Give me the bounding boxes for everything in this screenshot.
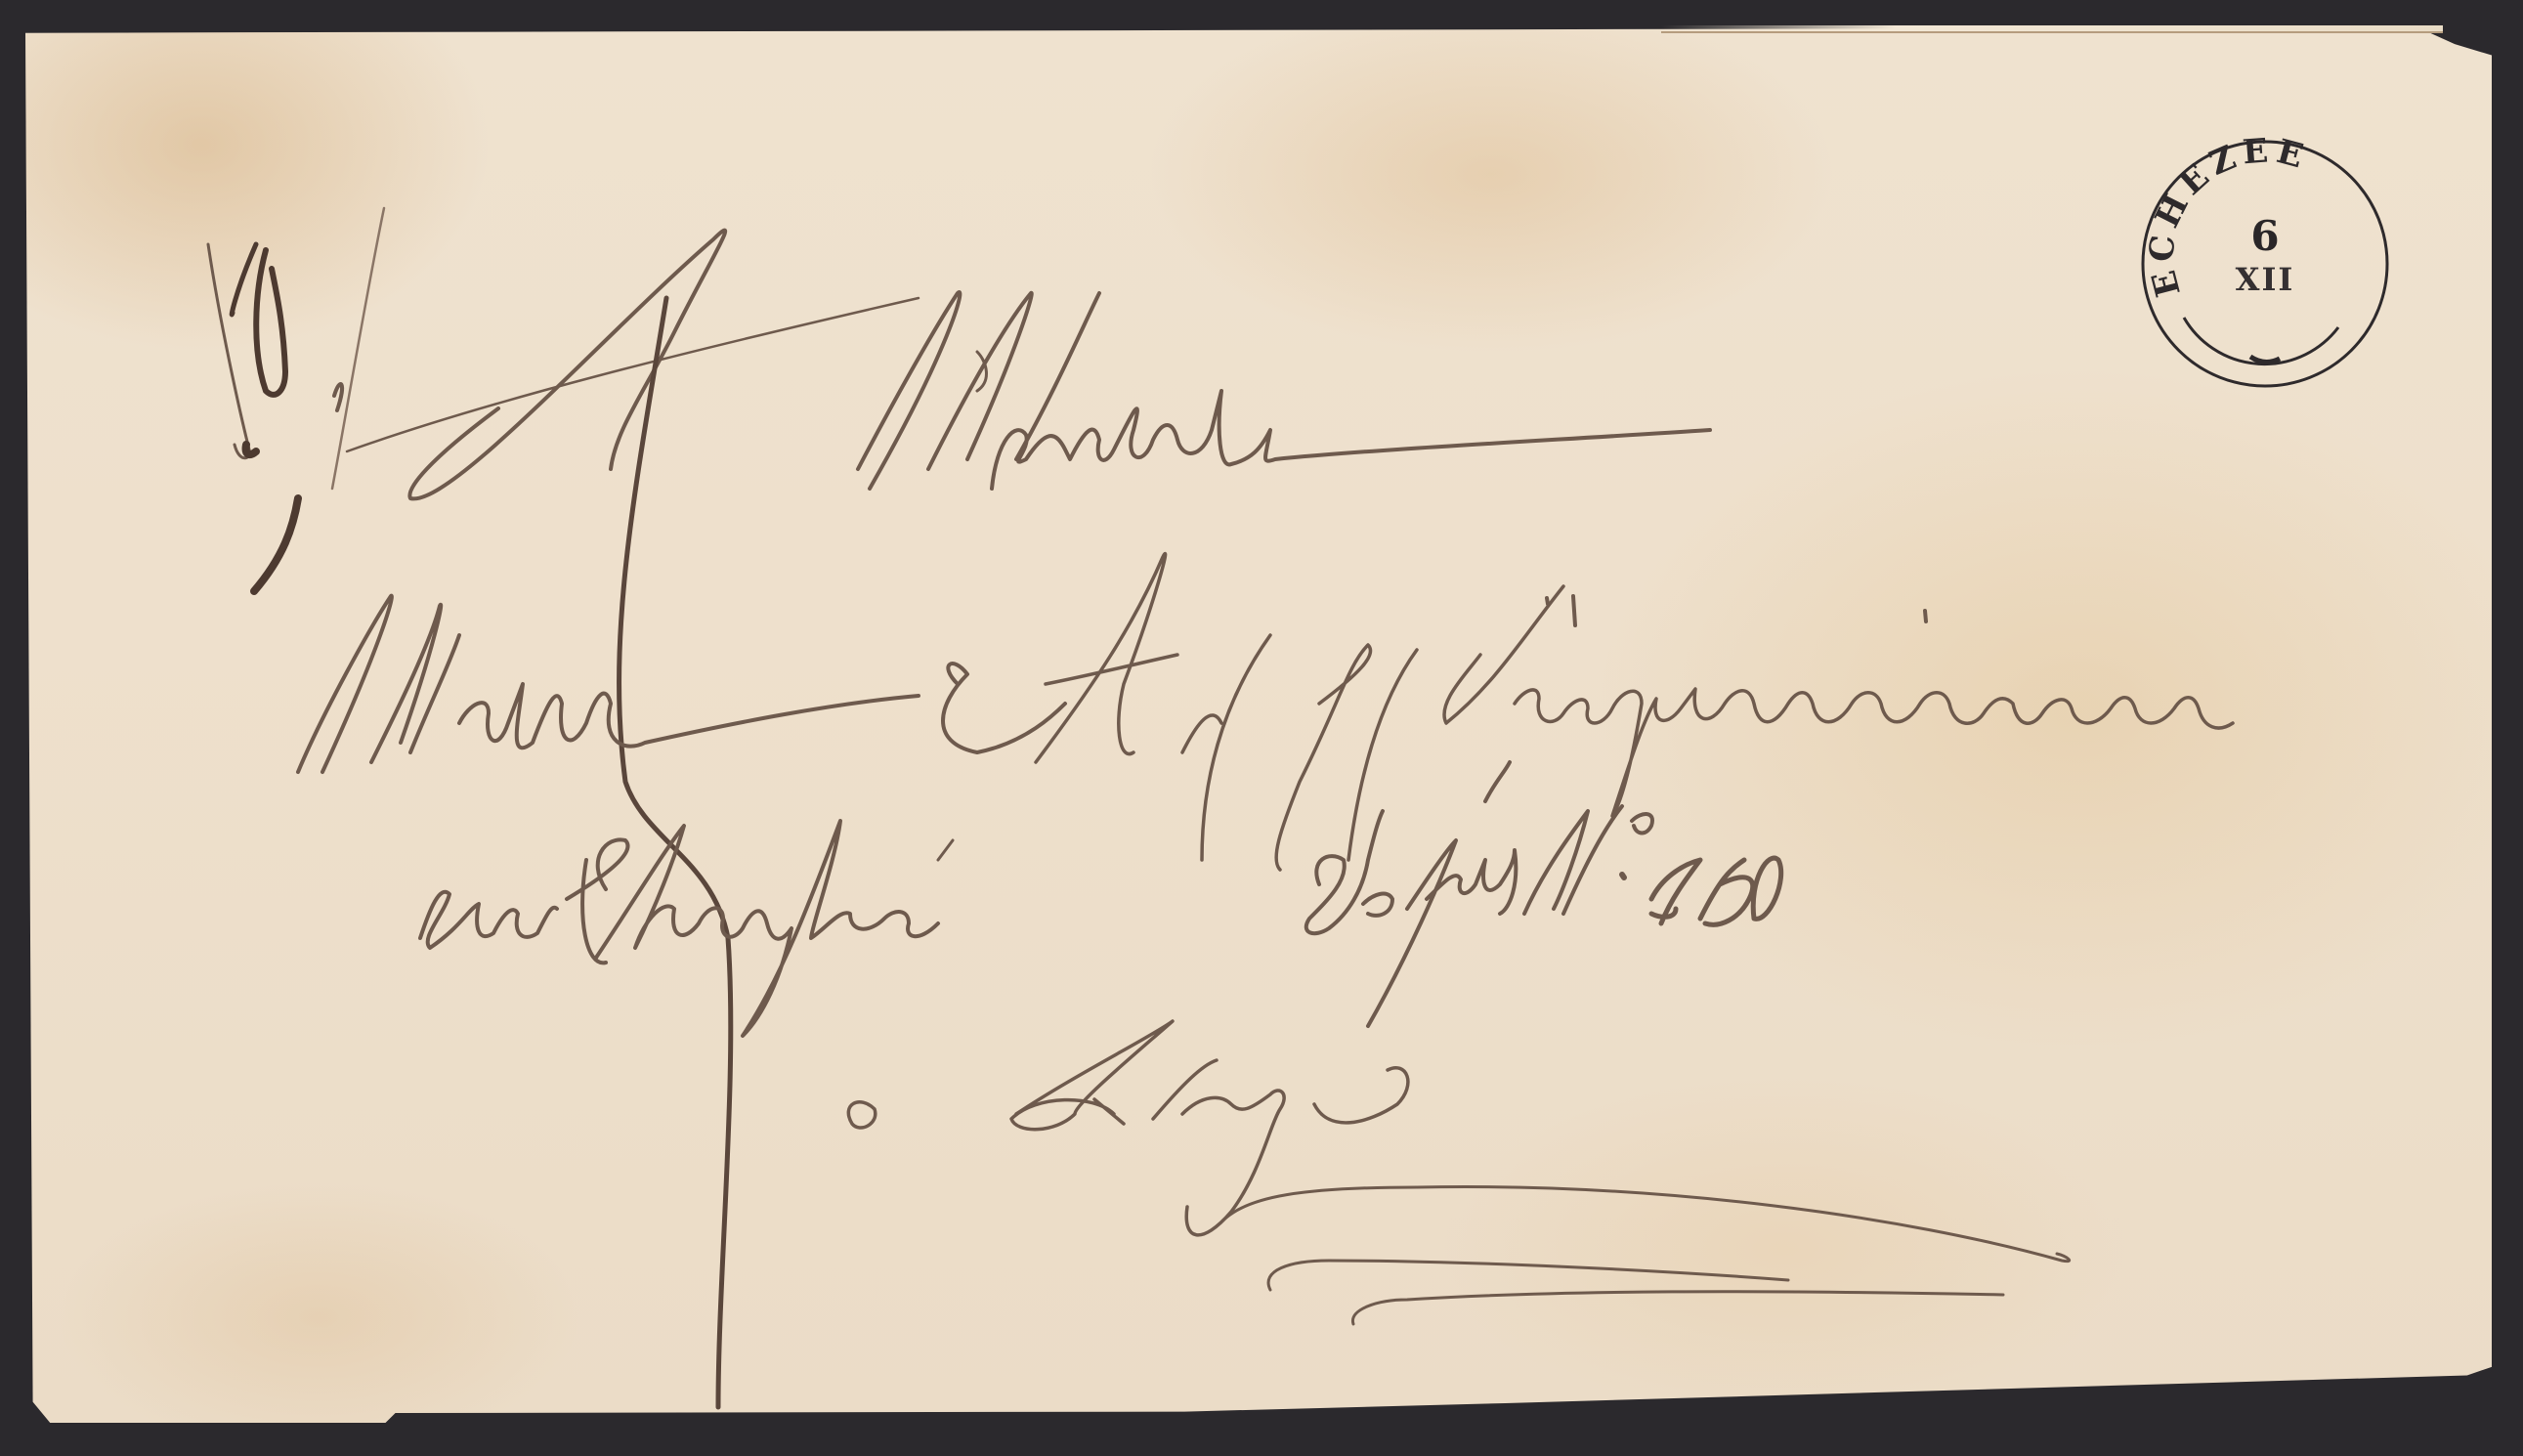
postmark-month: XII — [2133, 261, 2397, 298]
line2-name — [298, 554, 2233, 870]
photo-scene: ECHEZEE 6 XII A Monsieur Monsieur A J Ja… — [0, 0, 2523, 1456]
postmark-day: 6 — [2133, 212, 2397, 260]
line3-street — [420, 762, 1781, 1036]
postmark: ECHEZEE 6 XII — [2133, 132, 2397, 396]
line4-city — [848, 1021, 1408, 1235]
rate-mark-9 — [208, 208, 384, 591]
line1-monsieur — [858, 292, 1710, 489]
script-A — [334, 231, 919, 499]
underline-flourish — [1226, 1187, 2070, 1324]
